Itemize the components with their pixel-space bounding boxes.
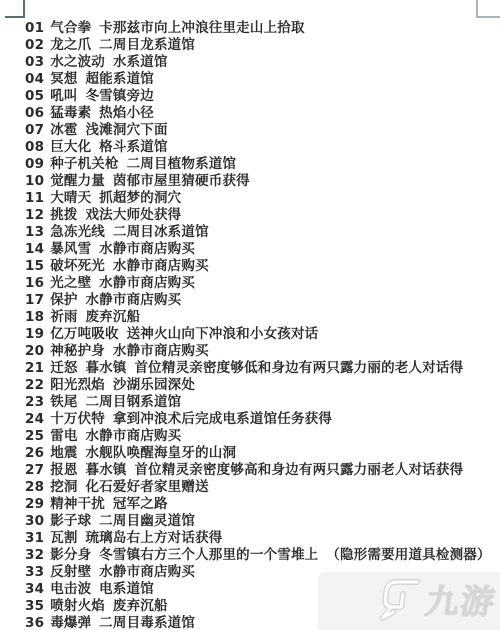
item-text: 急冻光线 二周目冰系道馆 [50,224,209,240]
item-text: 光之壁 水静市商店购买 [50,275,195,291]
item-number: 18 [25,309,44,326]
list-item: 27报恩 暮水镇 首位精灵亲密度够高和身边有两只露力丽老人对话获得 [25,462,500,479]
item-number: 25 [25,428,44,445]
item-text: 保护 水静市商店购买 [50,292,181,308]
move-location-list: 01气合拳 卡那兹市向上冲浪往里走山上拾取02龙之爪 二周目龙系道馆03水之波动… [25,20,500,630]
list-item: 04冥想 超能系道馆 [25,71,500,88]
item-number: 34 [25,581,44,598]
list-item: 14暴风雪 水静市商店购买 [25,241,500,258]
item-number: 19 [25,326,44,343]
item-number: 29 [25,496,44,513]
item-text: 迁怒 暮水镇 首位精灵亲密度够低和身边有两只露力丽的老人对话得 [50,360,463,376]
item-number: 21 [25,360,44,377]
list-item: 16光之壁 水静市商店购买 [25,275,500,292]
nine-game-logo-text: 九游 [424,585,499,618]
item-text: 精神干扰 冠军之路 [50,496,168,512]
list-item: 32影分身 冬雪镇右方三个人那里的一个雪堆上 （隐形需要用道具检测器） [25,547,500,564]
item-number: 23 [25,394,44,411]
list-item: 08巨大化 格斗系道馆 [25,139,500,156]
item-text: 觉醒力量 茵郁市屋里猜硬币获得 [50,173,250,189]
item-text: 种子机关枪 二周目植物系道馆 [50,156,236,172]
list-item: 26地震 水舰队唤醒海皇牙的山洞 [25,445,500,462]
item-number: 08 [25,139,44,156]
item-text: 铁尾 二周目钢系道馆 [50,394,181,410]
item-number: 02 [25,37,44,54]
list-item: 29精神干扰 冠军之路 [25,496,500,513]
item-number: 04 [25,71,44,88]
item-number: 30 [25,513,44,530]
guide-page: 01气合拳 卡那兹市向上冲浪往里走山上拾取02龙之爪 二周目龙系道馆03水之波动… [0,0,500,630]
item-number: 32 [25,547,44,564]
item-number: 06 [25,105,44,122]
list-item: 17保护 水静市商店购买 [25,292,500,309]
item-text: 雷电 水静市商店购买 [50,428,181,444]
list-item: 15破坏死光 水静市商店购买 [25,258,500,275]
item-text: 喷射火焰 废弃沉船 [50,598,168,614]
item-text: 亿万吨吸收 送神火山向下冲浪和小女孩对话 [50,326,318,342]
item-number: 26 [25,445,44,462]
list-item: 19亿万吨吸收 送神火山向下冲浪和小女孩对话 [25,326,500,343]
list-item: 21迁怒 暮水镇 首位精灵亲密度够低和身边有两只露力丽的老人对话得 [25,360,500,377]
list-item: 12挑拨 戏法大师处获得 [25,207,500,224]
item-text: 地震 水舰队唤醒海皇牙的山洞 [50,445,236,461]
item-number: 07 [25,122,44,139]
item-text: 神秘护身 水静市商店购买 [50,343,209,359]
list-item: 23铁尾 二周目钢系道馆 [25,394,500,411]
item-text: 冥想 超能系道馆 [50,71,154,87]
item-text: 报恩 暮水镇 首位精灵亲密度够高和身边有两只露力丽老人对话获得 [50,462,463,478]
item-number: 31 [25,530,44,547]
list-item: 11大晴天 抓超梦的洞穴 [25,190,500,207]
item-number: 14 [25,241,44,258]
list-item: 25雷电 水静市商店购买 [25,428,500,445]
item-number: 12 [25,207,44,224]
item-text: 冰雹 浅滩洞穴下面 [50,122,168,138]
list-item: 07冰雹 浅滩洞穴下面 [25,122,500,139]
item-number: 15 [25,258,44,275]
item-number: 11 [25,190,44,207]
item-text: 毒爆弹 二周目毒系道馆 [50,615,195,630]
item-number: 16 [25,275,44,292]
list-item: 06猛毒素 热焰小径 [25,105,500,122]
item-text: 影子球 二周目幽灵道馆 [50,513,195,529]
list-item: 03水之波动 水系道馆 [25,54,500,71]
item-text: 电击波 电系道馆 [50,581,154,597]
item-number: 05 [25,88,44,105]
item-number: 27 [25,462,44,479]
item-number: 10 [25,173,44,190]
list-item: 09种子机关枪 二周目植物系道馆 [25,156,500,173]
crop-corner-left-horizontal-line [5,16,25,18]
item-text: 水之波动 水系道馆 [50,54,168,70]
item-text: 破坏死光 水静市商店购买 [50,258,209,274]
item-text: 十万伏特 拿到冲浪术后完成电系道馆任务获得 [50,411,332,427]
item-text: 反射壁 水静市商店购买 [50,564,195,580]
list-item: 18祈雨 废弃沉船 [25,309,500,326]
list-item: 05吼叫 冬雪镇旁边 [25,88,500,105]
list-item: 01气合拳 卡那兹市向上冲浪往里走山上拾取 [25,20,500,37]
item-text: 暴风雪 水静市商店购买 [50,241,195,257]
item-number: 09 [25,156,44,173]
item-text: 瓦割 琉璃岛右上方对话获得 [50,530,222,546]
list-item: 02龙之爪 二周目龙系道馆 [25,37,500,54]
list-item: 22阳光烈焰 沙湖乐园深处 [25,377,500,394]
item-number: 33 [25,564,44,581]
list-item: 13急冻光线 二周目冰系道馆 [25,224,500,241]
list-item: 31瓦割 琉璃岛右上方对话获得 [25,530,500,547]
list-item: 20神秘护身 水静市商店购买 [25,343,500,360]
item-text: 大晴天 抓超梦的洞穴 [50,190,181,206]
item-number: 03 [25,54,44,71]
item-text: 巨大化 格斗系道馆 [50,139,168,155]
item-number: 28 [25,479,44,496]
list-item: 28挖洞 化石爱好者家里赠送 [25,479,500,496]
item-number: 17 [25,292,44,309]
item-number: 13 [25,224,44,241]
item-text: 气合拳 卡那兹市向上冲浪往里走山上拾取 [50,20,305,36]
nine-game-watermark: 九游 [374,576,499,626]
item-number: 24 [25,411,44,428]
item-number: 20 [25,343,44,360]
item-text: 祈雨 废弃沉船 [50,309,140,325]
nine-game-logo-icon [374,576,423,626]
item-text: 猛毒素 热焰小径 [50,105,154,121]
item-text: 挑拨 戏法大师处获得 [50,207,181,223]
item-text: 挖洞 化石爱好者家里赠送 [50,479,209,495]
list-item: 10觉醒力量 茵郁市屋里猜硬币获得 [25,173,500,190]
item-text: 影分身 冬雪镇右方三个人那里的一个雪堆上 （隐形需要用道具检测器） [50,547,491,563]
item-text: 龙之爪 二周目龙系道馆 [50,37,195,53]
crop-corner-right-horizontal-line [476,16,500,18]
item-number: 22 [25,377,44,394]
list-item: 30影子球 二周目幽灵道馆 [25,513,500,530]
list-item: 24十万伏特 拿到冲浪术后完成电系道馆任务获得 [25,411,500,428]
watermark-band: 九游 [318,572,500,630]
item-number: 35 [25,598,44,615]
item-number: 36 [25,615,44,630]
item-text: 阳光烈焰 沙湖乐园深处 [50,377,195,393]
item-text: 吼叫 冬雪镇旁边 [50,88,154,104]
item-number: 01 [25,20,44,37]
